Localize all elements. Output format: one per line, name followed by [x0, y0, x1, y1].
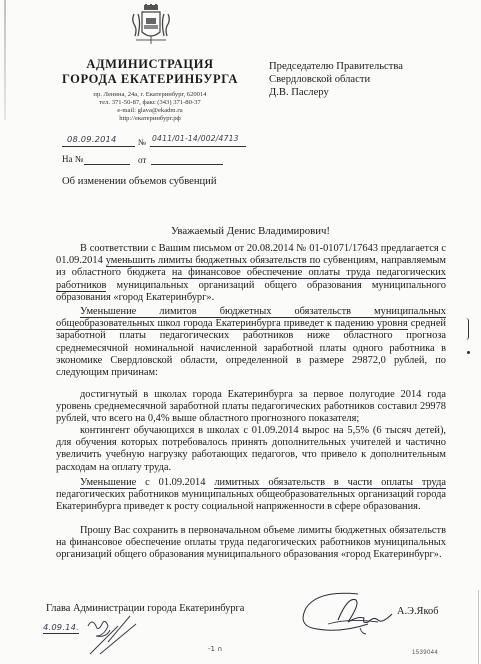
- paragraph-4: контингент обучающихся в школах с 01.09.…: [56, 425, 446, 474]
- outgoing-date: 08.09.2014: [67, 134, 117, 144]
- addressee-line3: Д.В. Паслеру: [269, 86, 469, 99]
- initials-signature-icon: [82, 612, 152, 656]
- organization-contacts: пр. Ленина, 24а, г. Екатеринбург, 620014…: [60, 91, 240, 123]
- scanned-letter-page: АДМИНИСТРАЦИЯ ГОРОДА ЕКАТЕРИНБУРГА пр. Л…: [0, 0, 481, 664]
- handwritten-date: 4.09.14.: [43, 622, 79, 632]
- head-signature-icon: [298, 590, 408, 638]
- scan-edge-shadow-right: [478, 590, 479, 664]
- salutation: Уважаемый Денис Владимирович!: [0, 225, 481, 237]
- paragraph-5-underlined-2: лимитных обязательств в части оплаты тру…: [214, 477, 446, 489]
- handwritten-date-underline: [43, 633, 79, 634]
- reference-date-label: от: [138, 155, 146, 165]
- signatory-name: А.Э.Якоб: [397, 606, 439, 617]
- addressee-line1: Председателю Правительства: [269, 60, 469, 73]
- addressee-line2: Свердловской области: [269, 73, 469, 86]
- paragraph-2: Уменьшение лимитов бюджетных обязательст…: [56, 306, 446, 379]
- addressee-block: Председателю Правительства Свердловской …: [269, 60, 469, 99]
- reference-number-label: На №: [62, 154, 83, 164]
- reference-number-line: [84, 155, 130, 165]
- margin-bracket-mark: [466, 318, 469, 340]
- paragraph-2-underlined-2: приведет к падению уровня: [281, 318, 408, 330]
- paragraph-6: Прошу Вас сохранить в первоначальном объ…: [56, 525, 446, 562]
- paragraph-1: В соответствии с Вашим письмом от 20.08.…: [56, 243, 446, 304]
- coat-of-arms-icon: [128, 4, 174, 46]
- org-email: e-mail: glava@ekadm.ru: [60, 107, 240, 115]
- margin-dot-mark: [467, 351, 470, 354]
- paragraph-5-text-a: с 01.09.2014: [136, 477, 214, 488]
- outgoing-number: 0411/01-14/002/4713: [152, 134, 239, 143]
- org-phone-fax: тел. 371-50-87, факс (343) 371-80-37: [60, 99, 240, 107]
- org-name-line2: ГОРОДА ЕКАТЕРИНБУРГА: [60, 72, 240, 87]
- document-serial-number: 1539044: [412, 650, 438, 656]
- org-address: пр. Ленина, 24а, г. Екатеринбург, 620014: [60, 91, 240, 99]
- organization-name: АДМИНИСТРАЦИЯ ГОРОДА ЕКАТЕРИНБУРГА: [60, 57, 240, 87]
- paragraph-5-text-b: педагогических работников муниципальных …: [56, 489, 446, 512]
- paragraph-1-text-c: муниципальных организаций общего образов…: [56, 280, 446, 303]
- scan-edge-shadow: [4, 0, 6, 120]
- outgoing-number-label: №: [138, 137, 146, 147]
- paragraph-5-underlined-1: Уменьшение: [80, 477, 136, 489]
- paragraph-1-underlined-1: уменьшить лимиты бюджетных обязательств …: [106, 255, 321, 267]
- org-name-line1: АДМИНИСТРАЦИЯ: [60, 57, 240, 72]
- stray-pen-marks: -1 ∩: [208, 645, 222, 653]
- reference-date-line: [151, 155, 223, 165]
- letter-subject: Об изменении объемов субвенций: [62, 176, 217, 187]
- org-website: http://екатеринбург.рф: [60, 115, 240, 123]
- paragraph-5: Уменьшение с 01.09.2014 лимитных обязате…: [56, 477, 446, 514]
- paragraph-3: достигнутый в школах города Екатеринбург…: [56, 389, 446, 426]
